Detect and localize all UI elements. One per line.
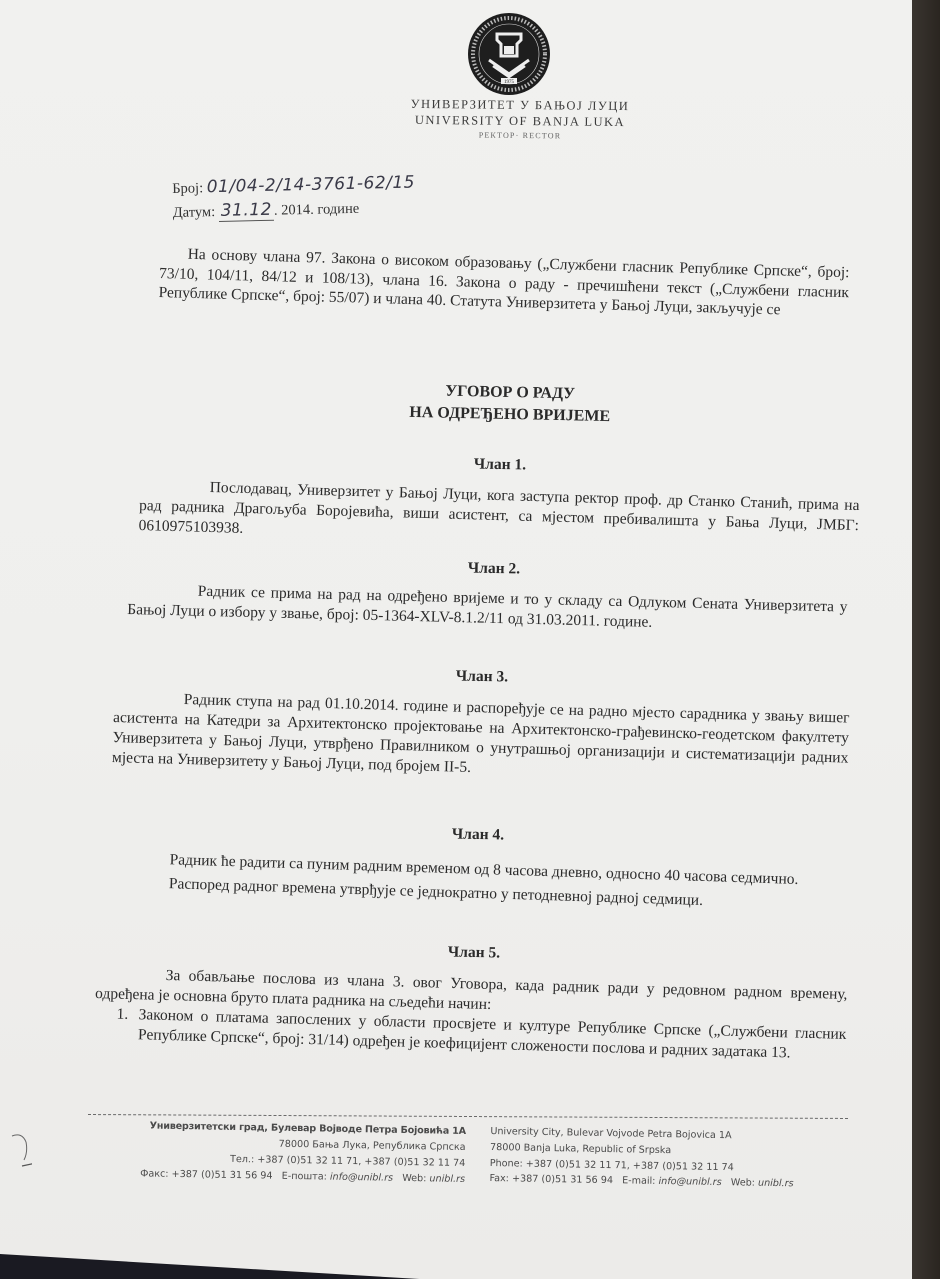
article-3-heading: Члан 3.	[422, 667, 542, 687]
document-content: 1975 УНИВЕРЗИТЕТ У БАЊОЈ ЛУЦИ UNIVERSITY…	[0, 0, 912, 1279]
preamble: На основу члана 97. Закона о високом обр…	[158, 244, 849, 322]
article-3-text: Радник ступа на рад 01.10.2014. године и…	[112, 688, 850, 789]
preamble-text: На основу члана 97. Закона о високом обр…	[158, 244, 849, 322]
date-suffix: . 2014. године	[274, 201, 360, 219]
date-label: Датум:	[173, 204, 216, 221]
number-label: Број:	[172, 180, 203, 197]
footer-email-lat[interactable]: info@unibl.rs	[658, 1176, 721, 1188]
footer-email-cyr[interactable]: info@unibl.rs	[330, 1172, 393, 1184]
article-2-text: Радник се прима на рад на одређено врије…	[127, 580, 848, 638]
number-value: 01/04-2/14-3761-62/15	[207, 172, 416, 197]
article-5-heading: Члан 5.	[414, 943, 534, 964]
handwritten-page-mark-icon	[8, 1130, 32, 1170]
article-4-heading: Члан 4.	[418, 825, 538, 846]
article-4: Радник ће радити са пуним радним времено…	[98, 846, 851, 918]
document-title: УГОВОР О РАДУ НА ОДРЕЂЕНО ВРИЈЕМЕ	[360, 379, 661, 429]
article-1: Послодавац, Универзитет у Бањој Луци, ко…	[138, 476, 859, 556]
footer-fax-cyr: Факс: +387 (0)51 31 56 94	[140, 1168, 273, 1181]
footer-email-label-lat: E-mail:	[622, 1175, 655, 1187]
article-3: Радник ступа на рад 01.10.2014. године и…	[112, 688, 850, 789]
article-1-heading: Члан 1.	[440, 455, 560, 475]
footer-fax-lat: Fax: +387 (0)51 31 56 94	[489, 1173, 613, 1186]
footer-web-label-lat: Web:	[731, 1177, 755, 1188]
footer-contact-latin: University City, Bulevar Vojvode Petra B…	[489, 1152, 870, 1193]
document-meta: Број: 01/04-2/14-3761-62/15 Датум: 31.12…	[172, 172, 416, 225]
footer-contact-cyrillic: Универзитетски град, Булевар Војводе Пет…	[69, 1117, 466, 1188]
footer-email-label-cyr: Е-пошта:	[282, 1171, 327, 1183]
list-item-number: 1.	[116, 1005, 139, 1026]
university-name-latin: UNIVERSITY OF BANJA LUKA	[330, 112, 710, 131]
footer-divider	[88, 1114, 848, 1119]
footer-web-label-cyr: Web:	[402, 1173, 426, 1184]
footer-web-lat[interactable]: unibl.rs	[758, 1178, 794, 1190]
office-label: РЕКТОР· RECTOR	[330, 129, 710, 142]
footer-web-cyr[interactable]: unibl.rs	[429, 1173, 465, 1185]
date-value: 31.12	[219, 200, 275, 222]
date-row: Датум: 31.12. 2014. године	[173, 196, 416, 226]
article-2-heading: Члан 2.	[434, 559, 554, 579]
article-2: Радник се прима на рад на одређено врије…	[127, 580, 848, 638]
university-seal-icon: 1975	[467, 12, 551, 96]
article-5: За обављање послова из члана 3. овог Уго…	[94, 964, 848, 1065]
background-edge	[912, 0, 940, 1279]
svg-text:1975: 1975	[504, 80, 515, 85]
article-1-text: Послодавац, Универзитет у Бањој Луци, ко…	[138, 476, 859, 556]
